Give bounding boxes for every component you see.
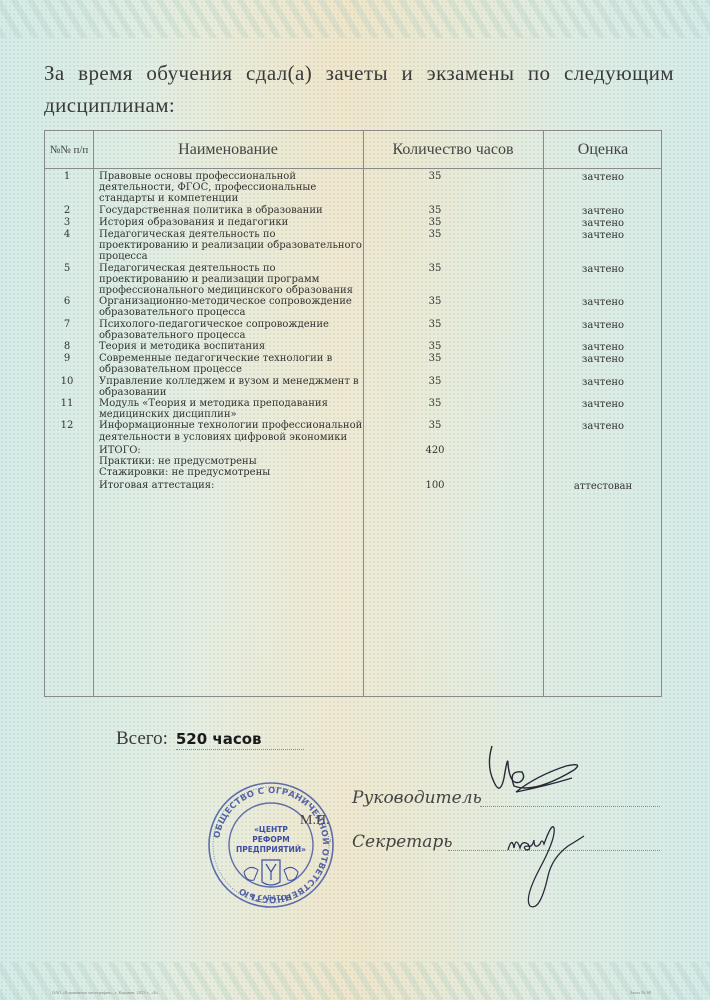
row-hours: 35	[363, 296, 543, 318]
row-grade: зачтено	[543, 376, 663, 398]
head-signature-label: Руководитель	[352, 788, 482, 808]
table-row: 8Теория и методика воспитания35зачтено	[45, 341, 663, 353]
organization-stamp: ОБЩЕСТВО С ОГРАНИЧЕННОЙ ОТВЕТСТВЕННОСТЬЮ…	[206, 780, 336, 910]
svg-text:«ЦЕНТР: «ЦЕНТР	[254, 825, 288, 834]
row-hours: 35	[363, 398, 543, 420]
row-number: 9	[45, 353, 93, 375]
row-number: 1	[45, 171, 93, 205]
table-row: 6Организационно-методическое сопровожден…	[45, 296, 663, 318]
secretary-signature-label: Секретарь	[352, 832, 453, 852]
head-signature	[470, 738, 600, 818]
total-value: 520 часов	[176, 730, 304, 750]
svg-text:ПРЕДПРИЯТИЙ»: ПРЕДПРИЯТИЙ»	[236, 845, 306, 854]
order-number: Заказ № 68	[630, 990, 651, 995]
total-hours: Всего: 520 часов	[116, 728, 304, 750]
summary-grade	[543, 445, 663, 456]
summary-label: ИТОГО:	[93, 445, 363, 456]
summary-row: Практики: не предусмотрены	[45, 456, 663, 467]
row-grade: зачтено	[543, 398, 663, 420]
row-grade: зачтено	[543, 296, 663, 318]
row-grade: зачтено	[543, 263, 663, 297]
row-grade: зачтено	[543, 353, 663, 375]
header-grade: Оценка	[543, 131, 663, 168]
row-hours: 35	[363, 353, 543, 375]
row-discipline-name: Информационные технологии профессиональн…	[93, 420, 363, 442]
disciplines-table: №№ п/п Наименование Количество часов Оце…	[44, 130, 662, 697]
security-pattern-top	[0, 0, 710, 38]
row-discipline-name: Педагогическая деятельность по проектиро…	[93, 229, 363, 263]
row-discipline-name: Организационно-методическое сопровождени…	[93, 296, 363, 318]
row-hours: 35	[363, 217, 543, 229]
row-grade: зачтено	[543, 229, 663, 263]
table-body: 1Правовые основы профессиональной деятел…	[45, 171, 663, 493]
summary-hours	[363, 456, 543, 467]
svg-text:РЕФОРМ: РЕФОРМ	[252, 835, 289, 844]
table-row: 12Информационные технологии профессионал…	[45, 420, 663, 442]
row-discipline-name: Государственная политика в образовании	[93, 205, 363, 217]
table-row: 10Управление колледжем и вузом и менеджм…	[45, 376, 663, 398]
summary-row: ИТОГО:420	[45, 445, 663, 456]
row-hours: 35	[363, 341, 543, 353]
row-number: 2	[45, 205, 93, 217]
summary-grade	[543, 467, 663, 478]
row-number: 4	[45, 229, 93, 263]
header-name: Наименование	[93, 131, 363, 168]
table-row: 11Модуль «Теория и методика преподавания…	[45, 398, 663, 420]
row-grade: зачтено	[543, 420, 663, 442]
table-row: 7Психолого-педагогическое сопровождение …	[45, 319, 663, 341]
row-discipline-name: Современные педагогические технологии в …	[93, 353, 363, 375]
summary-hours: 420	[363, 445, 543, 456]
row-discipline-name: Модуль «Теория и методика преподавания м…	[93, 398, 363, 420]
row-number: 8	[45, 341, 93, 353]
total-label: Всего:	[116, 728, 168, 750]
row-number: 5	[45, 263, 93, 297]
header-number: №№ п/п	[45, 131, 93, 168]
table-row: 1Правовые основы профессиональной деятел…	[45, 171, 663, 205]
row-number: 12	[45, 420, 93, 442]
header-divider	[45, 168, 661, 169]
summary-grade	[543, 456, 663, 467]
svg-text:Г.САРАТОВ: Г.САРАТОВ	[251, 894, 291, 902]
row-number: 10	[45, 376, 93, 398]
row-hours: 35	[363, 229, 543, 263]
row-number: 6	[45, 296, 93, 318]
table-row: 2Государственная политика в образовании3…	[45, 205, 663, 217]
row-number: 7	[45, 319, 93, 341]
summary-label: Практики: не предусмотрены	[93, 456, 363, 467]
row-number: 3	[45, 217, 93, 229]
seal-mark: М.П.	[300, 813, 330, 829]
row-number: 11	[45, 398, 93, 420]
summary-number	[45, 456, 93, 467]
table-row: 9Современные педагогические технологии в…	[45, 353, 663, 375]
row-hours: 35	[363, 319, 543, 341]
row-grade: зачтено	[543, 205, 663, 217]
row-hours: 35	[363, 205, 543, 217]
row-hours: 35	[363, 263, 543, 297]
summary-hours: 100	[363, 480, 543, 492]
summary-row: Стажировки: не предусмотрены	[45, 467, 663, 478]
table-row: 4Педагогическая деятельность по проектир…	[45, 229, 663, 263]
row-discipline-name: Правовые основы профессиональной деятель…	[93, 171, 363, 205]
row-discipline-name: Психолого-педагогическое сопровождение о…	[93, 319, 363, 341]
header-hours: Количество часов	[363, 131, 543, 168]
summary-number	[45, 480, 93, 492]
row-hours: 35	[363, 171, 543, 205]
row-grade: зачтено	[543, 341, 663, 353]
table-row: 3История образования и педагогики35зачте…	[45, 217, 663, 229]
printer-info: ОАО «Караванная типография», г. Караван,…	[52, 990, 158, 995]
row-discipline-name: Педагогическая деятельность по проектиро…	[93, 263, 363, 297]
secretary-signature	[500, 820, 610, 910]
row-grade: зачтено	[543, 217, 663, 229]
summary-label: Стажировки: не предусмотрены	[93, 467, 363, 478]
row-discipline-name: История образования и педагогики	[93, 217, 363, 229]
row-hours: 35	[363, 420, 543, 442]
summary-row: Итоговая аттестация:100аттестован	[45, 480, 663, 492]
summary-number	[45, 445, 93, 456]
table-row: 5Педагогическая деятельность по проектир…	[45, 263, 663, 297]
summary-number	[45, 467, 93, 478]
summary-label: Итоговая аттестация:	[93, 480, 363, 492]
summary-hours	[363, 467, 543, 478]
row-discipline-name: Теория и методика воспитания	[93, 341, 363, 353]
summary-grade: аттестован	[543, 480, 663, 492]
row-hours: 35	[363, 376, 543, 398]
row-discipline-name: Управление колледжем и вузом и менеджмен…	[93, 376, 363, 398]
page-heading: За время обучения сдал(а) зачеты и экзам…	[44, 57, 674, 121]
row-grade: зачтено	[543, 319, 663, 341]
row-grade: зачтено	[543, 171, 663, 205]
